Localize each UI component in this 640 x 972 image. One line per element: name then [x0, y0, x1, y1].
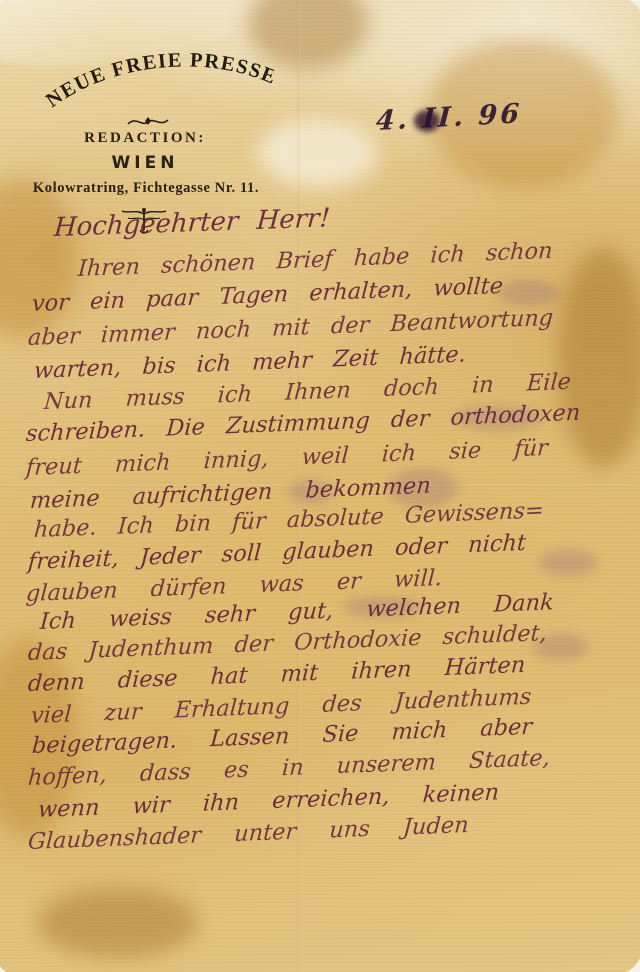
city-label: WIEN — [60, 153, 230, 173]
redaction-label: REDACTION: — [60, 130, 230, 147]
ink-blot — [414, 110, 440, 132]
address-line: Kolowratring, Fichtegasse Nr. 11. — [6, 180, 286, 197]
flourish-ornament-icon — [126, 114, 170, 130]
masthead-arc: NEUE FREIE PRESSE. — [44, 46, 274, 118]
aged-paper-sheet: NEUE FREIE PRESSE. REDACTION: WIEN Kolow… — [0, 0, 640, 972]
masthead-title: NEUE FREIE PRESSE. — [44, 46, 274, 112]
svg-text:NEUE FREIE PRESSE.: NEUE FREIE PRESSE. — [44, 46, 274, 112]
letter-scan: { "letterhead": { "publication": "NEUE F… — [0, 0, 640, 972]
